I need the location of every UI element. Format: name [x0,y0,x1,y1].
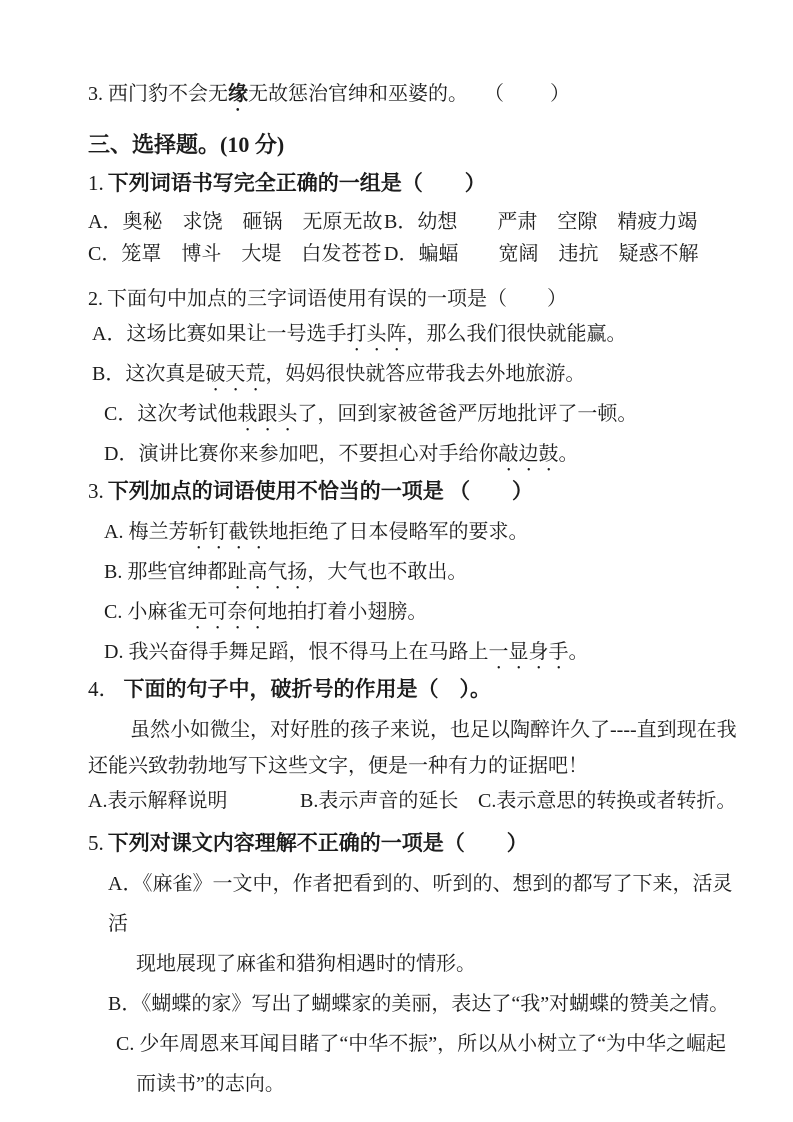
question-3-title: 3.下列加点的词语使用不恰当的一项是 （ ） [88,476,745,506]
question-2-title: 2.下面句中加点的三字词语使用有误的一项是（ ） [88,284,745,314]
question-5: 5.下列对课文内容理解不正确的一项是（ ） A．《麻雀》一文中，作者把看到的、听… [88,828,745,1104]
emphasized-phrase: 无可奈何 [187,601,267,623]
option-b: B．这次真是破天荒，妈妈很快就答应带我去外地旅游。 [88,356,745,396]
option-b: B．《蝴蝶的家》写出了蝴蝶家的美丽，表达了“我”对蝴蝶的赞美之情。 [88,984,745,1024]
option-c: C．笼罩 博斗 大堤 白发苍苍 [88,238,384,270]
option-text-line: C. 少年周恩来耳闻目睹了“中华不振”，所以从小树立了“为中华之崛起 [88,1024,745,1064]
question-1: 1.下列词语书写完全正确的一组是（ ） A．奥秘 求饶 砸锅 无原无故 B．幼想… [88,168,745,270]
answer-paren: （ ） [494,83,572,105]
passage-line: 还能兴致勃勃地写下这些文字，便是一种有力的证据吧！ [88,748,745,784]
option-row: C．笼罩 博斗 大堤 白发苍苍 D．蝙蝠 宽阔 违抗 疑惑不解 [88,238,745,270]
question-3-number: 3. [88,479,104,503]
option-text: 地拒绝了日本侵略军的要求。 [268,521,528,543]
question-5-text: 下列对课文内容理解不正确的一项是（ ） [108,831,528,855]
passage-line: 虽然小如微尘，对好胜的孩子来说，也足以陶醉许久了----直到现在我 [88,712,745,748]
option-text: ，妈妈很快就答应带我去外地旅游。 [265,363,585,385]
option-text: B. 那些官绅都 [104,561,227,583]
option-text: A. 梅兰芳 [104,521,188,543]
option-c: C．这次考试他栽跟头了，回到家被爸爸严厉地批评了一顿。 [88,396,745,436]
option-text: 。 [558,443,578,465]
question-1-number: 1. [88,171,104,195]
option-a: A．《麻雀》一文中，作者把看到的、听到的、想到的都写了下来，活灵活 现地展现了麻… [88,864,745,984]
emphasized-phrase: 趾高气扬 [227,561,307,583]
question-4-passage: 虽然小如微尘，对好胜的孩子来说，也足以陶醉许久了----直到现在我 还能兴致勃勃… [88,712,745,784]
question-5-title: 5.下列对课文内容理解不正确的一项是（ ） [88,828,745,858]
emphasized-phrase: 栽跟头 [237,403,297,425]
option-a: A．这场比赛如果让一号选手打头阵，那么我们很快就能赢。 [88,316,745,356]
question-3-options: A. 梅兰芳斩钉截铁地拒绝了日本侵略军的要求。 B. 那些官绅都趾高气扬，大气也… [88,514,745,674]
option-text: 了，回到家被爸爸严厉地批评了一顿。 [297,403,637,425]
option-c: C. 少年周恩来耳闻目睹了“中华不振”，所以从小树立了“为中华之崛起 而读书”的… [88,1024,745,1104]
option-d: D．蝙蝠 宽阔 违抗 疑惑不解 [384,238,698,270]
option-text-line: A．《麻雀》一文中，作者把看到的、听到的、想到的都写了下来，活灵活 [88,864,745,944]
option-text: D. 我兴奋得手舞足蹈，恨不得马上在马路上 [104,641,488,663]
emphasized-phrase: 一显身手 [488,641,568,663]
emphasized-phrase: 敲边鼓 [498,443,558,465]
question-4-text: 下面的句子中，破折号的作用是（ ）。 [124,677,492,701]
option-c: C. 小麻雀无可奈何地拍打着小翅膀。 [88,594,745,634]
question-3: 3.下列加点的词语使用不恰当的一项是 （ ） A. 梅兰芳斩钉截铁地拒绝了日本侵… [88,476,745,674]
question-2-text: 下面句中加点的三字词语使用有误的一项是（ ） [107,288,567,310]
question-4-title: 4．下面的句子中，破折号的作用是（ ）。 [88,674,745,704]
option-text: C. 小麻雀 [104,601,187,623]
option-text: C．这次考试他 [104,403,237,425]
option-text-line: 现地展现了麻雀和猎狗相遇时的情形。 [88,944,745,984]
question-3-text: 下列加点的词语使用不恰当的一项是 （ ） [108,479,533,503]
emphasized-phrase: 破天荒 [205,363,265,385]
section-heading: 三、选择题。(10 分) [88,130,745,160]
question-4-options: A.表示解释说明 B.表示声音的延长 C.表示意思的转换或者转折。 [88,786,745,816]
exam-page: 3. 西门豹不会无缘无故惩治官绅和巫婆的。（ ） 三、选择题。(10 分) 1.… [0,0,793,1122]
option-a: A.表示解释说明 [88,786,300,816]
option-text: D．演讲比赛你来参加吧，不要担心对手给你 [104,443,498,465]
emphasized-phrase: 斩钉截铁 [188,521,268,543]
option-c: C.表示意思的转换或者转折。 [478,786,736,816]
option-text: 。 [568,641,588,663]
option-d: D. 我兴奋得手舞足蹈，恨不得马上在马路上一显身手。 [88,634,745,674]
option-d: D．演讲比赛你来参加吧，不要担心对手给你敲边鼓。 [88,436,745,476]
question-4-number: 4． [88,677,120,701]
option-a: A．奥秘 求饶 砸锅 无原无故 [88,206,384,238]
option-text-line: 而读书”的志向。 [88,1064,745,1104]
option-b: B．幼想 严肃 空隙 精疲力竭 [384,206,697,238]
judge-item-3: 3. 西门豹不会无缘无故惩治官绅和巫婆的。（ ） [88,80,745,116]
option-a: A. 梅兰芳斩钉截铁地拒绝了日本侵略军的要求。 [88,514,745,554]
question-5-number: 5. [88,831,104,855]
question-4: 4．下面的句子中，破折号的作用是（ ）。 虽然小如微尘，对好胜的孩子来说，也足以… [88,674,745,816]
option-text: ，那么我们很快就能赢。 [406,323,626,345]
question-2-number: 2. [88,288,103,310]
option-text: B．这次真是 [92,363,205,385]
question-1-text: 下列词语书写完全正确的一组是（ ） [108,171,486,195]
option-b: B.表示声音的延长 [300,786,478,816]
option-text: ，大气也不敢出。 [307,561,467,583]
judge-item-number: 3. [88,83,103,105]
option-text-line: B．《蝴蝶的家》写出了蝴蝶家的美丽，表达了“我”对蝴蝶的赞美之情。 [88,984,745,1024]
question-2: 2.下面句中加点的三字词语使用有误的一项是（ ） A．这场比赛如果让一号选手打头… [88,284,745,476]
option-text: 地拍打着小翅膀。 [267,601,427,623]
question-1-options: A．奥秘 求饶 砸锅 无原无故 B．幼想 严肃 空隙 精疲力竭 C．笼罩 博斗 … [88,206,745,270]
option-b: B. 那些官绅都趾高气扬，大气也不敢出。 [88,554,745,594]
option-row: A．奥秘 求饶 砸锅 无原无故 B．幼想 严肃 空隙 精疲力竭 [88,206,745,238]
judge-item-text-pre: 西门豹不会无 [108,83,228,105]
judge-item-text-post: 无故惩治官绅和巫婆的。 [248,83,468,105]
question-1-title: 1.下列词语书写完全正确的一组是（ ） [88,168,745,198]
option-text: A．这场比赛如果让一号选手 [92,323,346,345]
judge-item-emphasized-char: 缘 [228,83,248,105]
emphasized-phrase: 打头阵 [346,323,406,345]
